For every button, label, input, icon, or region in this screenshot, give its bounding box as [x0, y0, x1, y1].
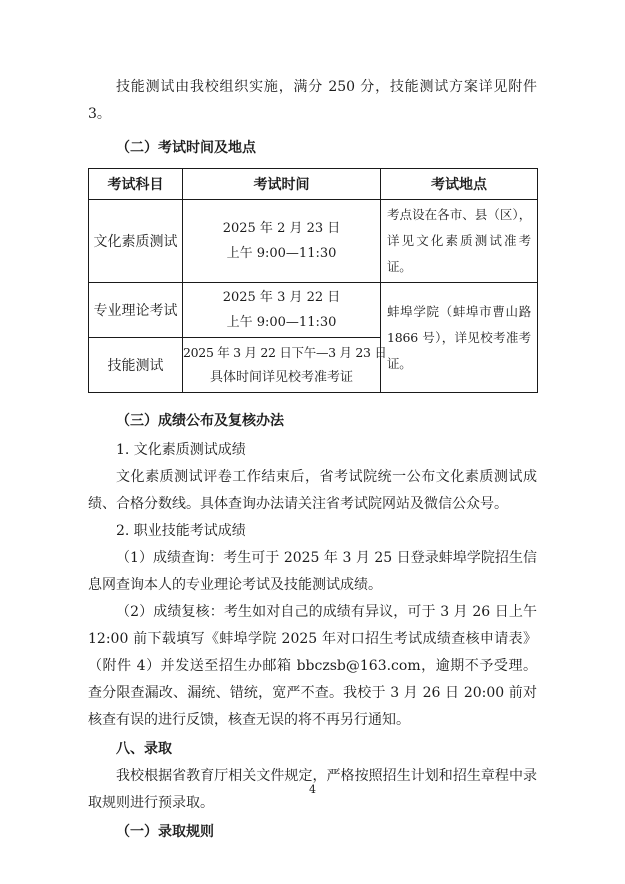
cell-time-theory-exam: 2025 年 3 月 22 日 上午 9:00—11:30: [183, 283, 381, 338]
column-header-exam-location: 考试地点: [381, 169, 538, 200]
heading-admission: 八、录取: [88, 736, 537, 763]
heading-score-publish-review: （三）成绩公布及复核办法: [88, 408, 537, 435]
cell-subject-skill-test: 技能测试: [89, 338, 183, 393]
column-header-exam-subject: 考试科目: [89, 169, 183, 200]
paragraph-score-review: （2）成绩复核：考生如对自己的成绩有异议，可于 3 月 26 日上午 12:00…: [88, 599, 537, 734]
time-date-line: 2025 年 2 月 23 日: [183, 216, 380, 241]
exam-schedule-table: 考试科目 考试时间 考试地点 文化素质测试 2025 年 2 月 23 日 上午…: [88, 168, 538, 393]
page-number: 4: [0, 783, 625, 796]
cell-location-campus-merged: 蚌埠学院（蚌埠市曹山路 1866 号），详见校考准考证。: [381, 283, 538, 393]
paragraph-score-query: （1）成绩查询：考生可于 2025 年 3 月 25 日登录蚌埠学院招生信息网查…: [88, 545, 537, 599]
item-vocational-skill-score: 2. 职业技能考试成绩: [88, 518, 537, 545]
time-date-line: 2025 年 3 月 22 日: [183, 285, 380, 310]
table-header-row: 考试科目 考试时间 考试地点: [89, 169, 538, 200]
heading-admission-rules: （一）录取规则: [88, 819, 537, 846]
cell-location-culture-test: 考点设在各市、县（区），详见文化素质测试准考证。: [381, 200, 538, 283]
time-hours-line: 上午 9:00—11:30: [183, 241, 380, 266]
cell-time-skill-test: 2025 年 3 月 22 日下午—3 月 23 日 具体时间详见校考准考证: [183, 338, 381, 393]
document-page: 技能测试由我校组织实施，满分 250 分，技能测试方案详见附件 3。 （二）考试…: [0, 0, 625, 884]
item-culture-test-score: 1. 文化素质测试成绩: [88, 437, 537, 464]
paragraph-skill-test-implementation: 技能测试由我校组织实施，满分 250 分，技能测试方案详见附件 3。: [88, 74, 537, 128]
table-row-culture-test: 文化素质测试 2025 年 2 月 23 日 上午 9:00—11:30 考点设…: [89, 200, 538, 283]
time-hours-line: 上午 9:00—11:30: [183, 310, 380, 335]
cell-subject-culture-test: 文化素质测试: [89, 200, 183, 283]
paragraph-culture-score-publish: 文化素质测试评卷工作结束后，省考试院统一公布文化素质测试成绩、合格分数线。具体查…: [88, 464, 537, 518]
table-row-theory-exam: 专业理论考试 2025 年 3 月 22 日 上午 9:00—11:30 蚌埠学…: [89, 283, 538, 338]
column-header-exam-time: 考试时间: [183, 169, 381, 200]
time-note-line: 具体时间详见校考准考证: [183, 365, 380, 390]
time-date-line: 2025 年 3 月 22 日下午—3 月 23 日: [183, 340, 380, 365]
document-content: 技能测试由我校组织实施，满分 250 分，技能测试方案详见附件 3。 （二）考试…: [88, 74, 537, 846]
heading-exam-time-and-location: （二）考试时间及地点: [88, 135, 537, 162]
cell-time-culture-test: 2025 年 2 月 23 日 上午 9:00—11:30: [183, 200, 381, 283]
cell-subject-theory-exam: 专业理论考试: [89, 283, 183, 338]
